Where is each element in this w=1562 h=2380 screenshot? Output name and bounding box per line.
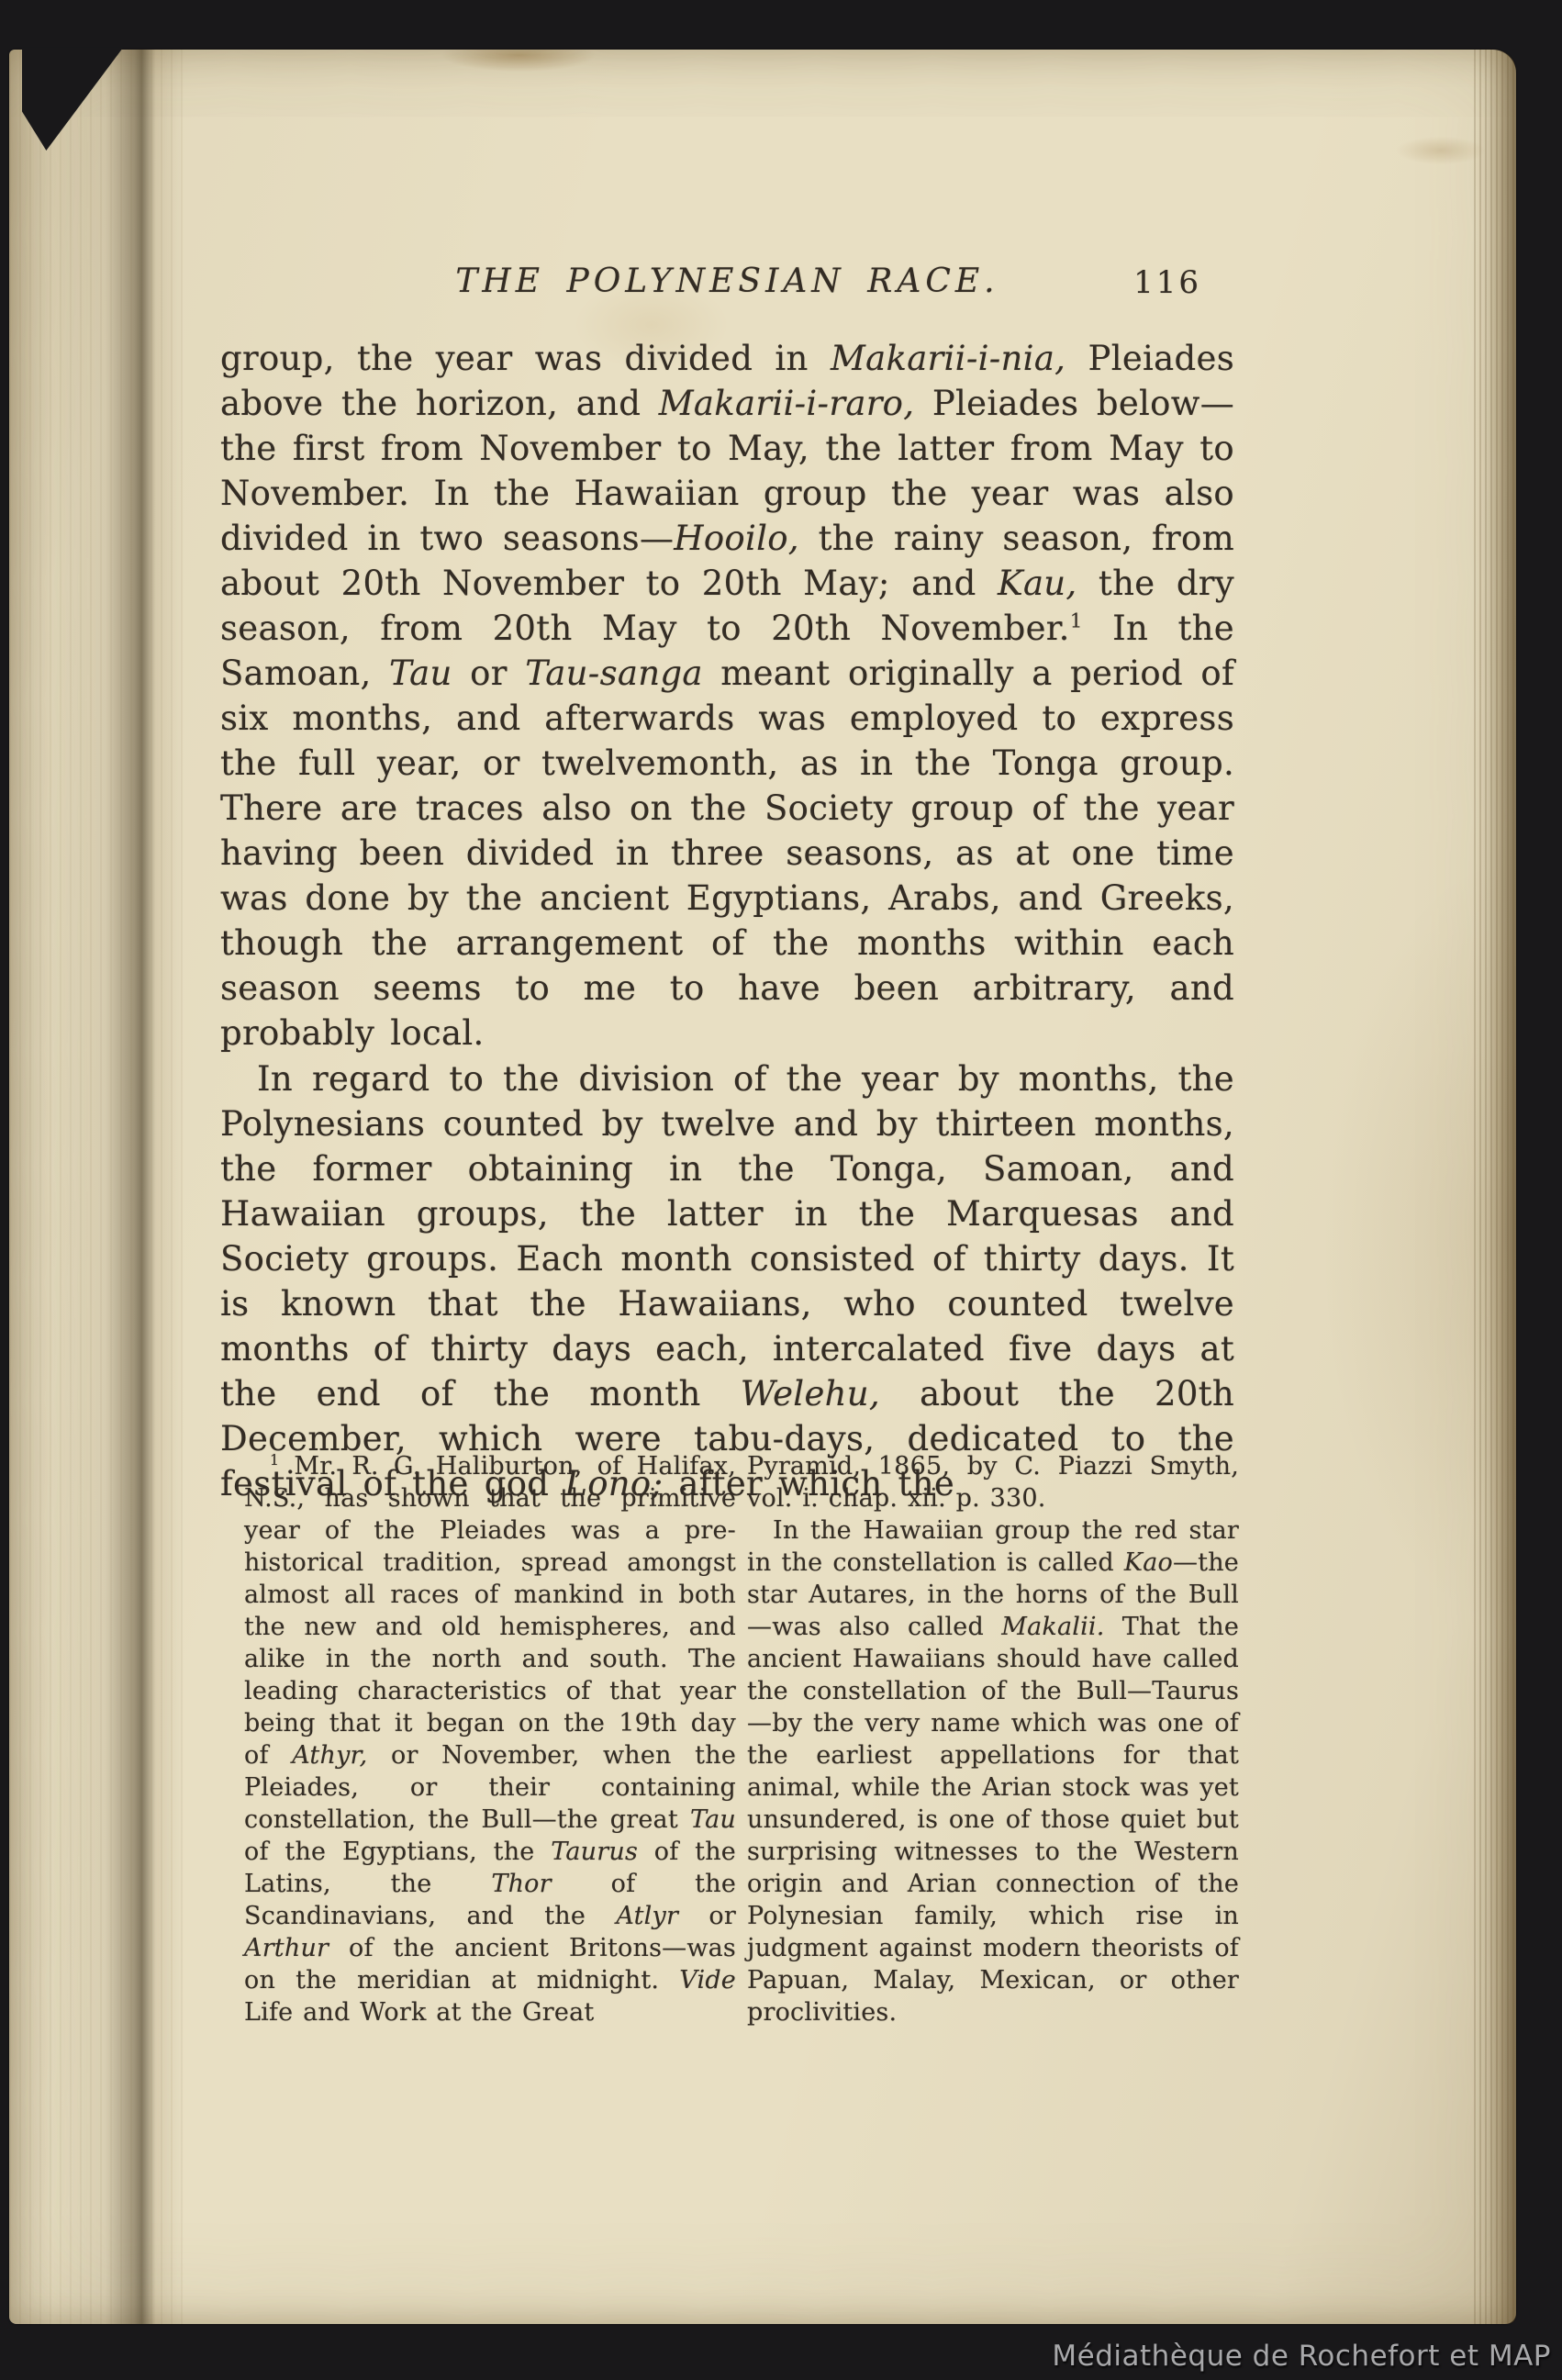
running-header: THE POLYNESIAN RACE. 116	[220, 263, 1234, 307]
book-page: THE POLYNESIAN RACE. 116 group, the year…	[9, 50, 1516, 2324]
page-title: THE POLYNESIAN RACE.	[220, 263, 1234, 300]
footnote-paragraph: In the Hawaiian group the red star in th…	[747, 1514, 1239, 2028]
footnote-left-column: 1 Mr. R. G. Haliburton, of Halifax, N.S.…	[244, 1450, 736, 2028]
footnote-right-column: Pyramid, 1865, by C. Piazzi Smyth, vol. …	[747, 1450, 1239, 2028]
binding-gutter-shadow	[9, 50, 184, 2324]
paragraph: In regard to the division of the year by…	[220, 1056, 1234, 1506]
body-text: group, the year was divided in Makarii-i…	[220, 336, 1234, 1506]
paragraph: group, the year was divided in Makarii-i…	[220, 336, 1234, 1056]
footnote-paragraph: 1 Mr. R. G. Haliburton, of Halifax, N.S.…	[244, 1450, 736, 2028]
torn-page-corner	[22, 48, 123, 151]
footnote-paragraph: Pyramid, 1865, by C. Piazzi Smyth, vol. …	[747, 1450, 1239, 1514]
scan-background: { "colors": { "background": "#19181a", "…	[0, 0, 1562, 2380]
page-number: 116	[1133, 264, 1201, 301]
footnote: 1 Mr. R. G. Haliburton, of Halifax, N.S.…	[244, 1450, 1239, 2028]
library-watermark: Médiathèque de Rochefort et MAP	[1052, 2340, 1551, 2373]
page-stack-edge	[1474, 50, 1516, 2324]
